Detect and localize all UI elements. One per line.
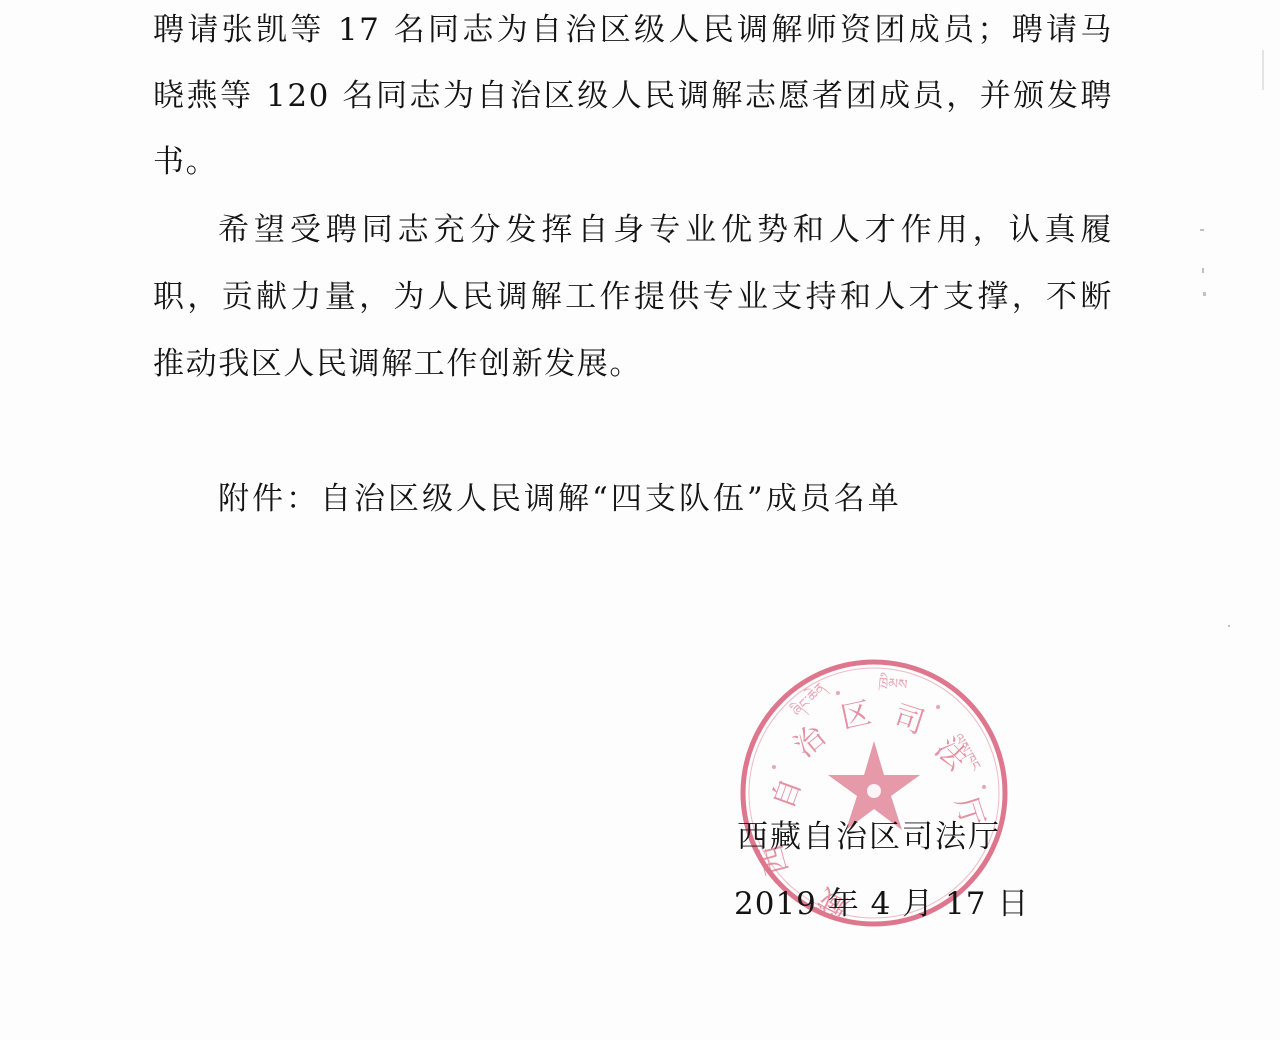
scan-speck [1202,268,1204,273]
svg-text:ཞིང་ཆེན: ཞིང་ཆེན [787,678,831,722]
issue-date: 2019 年 4 月 17 日 [734,884,1029,924]
svg-text:司: 司 [889,699,928,742]
svg-text:区: 区 [838,695,875,735]
scan-speck [1200,229,1204,231]
scan-speck [1203,292,1206,296]
paragraph-1-line-2: 晓燕等 120 名同志为自治区级人民调解志愿者团成员，并颁发聘 [153,76,1113,116]
paragraph-2-line-1: 希望受聘同志充分发挥自身专业优势和人才作用，认真履 [218,210,1113,250]
svg-text:ཁྲིམས: ཁྲིམས [878,672,909,693]
svg-text:自: 自 [765,774,808,814]
paragraph-2-line-2: 职，贡献力量，为人民调解工作提供专业支持和人才支撑，不断 [153,277,1113,317]
paragraph-1-line-3: 书。 [153,142,1113,182]
scan-speck [1228,625,1230,627]
attachment-line: 附件：自治区级人民调解“四支队伍”成员名单 [218,479,902,519]
issuing-organization: 西藏自治区司法厅 [737,817,1001,857]
document-page: 聘请张凯等 17 名同志为自治区级人民调解师资团成员；聘请马 晓燕等 120 名… [0,0,1280,1040]
paragraph-1-line-1: 聘请张凯等 17 名同志为自治区级人民调解师资团成员；聘请马 [153,10,1113,50]
svg-text:治: 治 [787,718,833,765]
scan-edge-mark [1262,50,1264,90]
paragraph-2-line-3: 推动我区人民调解工作创新发展。 [153,344,1113,384]
